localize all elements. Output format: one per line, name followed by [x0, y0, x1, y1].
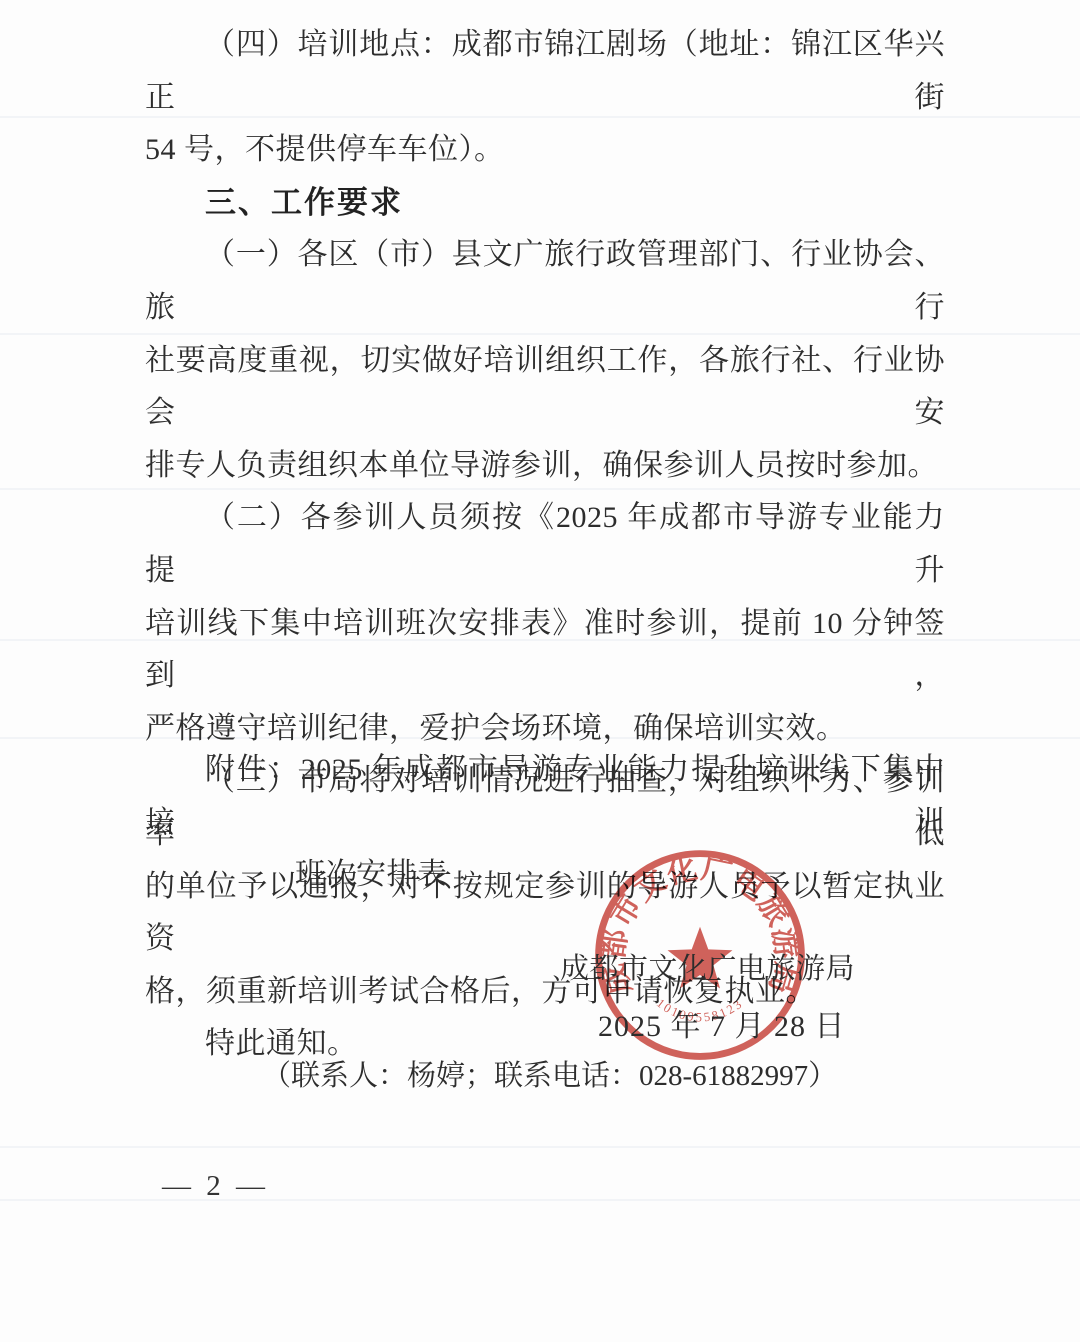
body-line: （二）各参训人员须按《2025 年成都市导游专业能力提升 — [145, 492, 945, 597]
body-text: （四）培训地点：成都市锦江剧场（地址：锦江区华兴正街 54 号，不提供停车车位）… — [145, 19, 945, 1071]
body-line: （一）各区（市）县文广旅行政管理部门、行业协会、旅行 — [145, 229, 945, 334]
section-heading: 三、工作要求 — [145, 177, 945, 230]
signature-contact: （联系人：杨婷；联系电话：028-61882997） — [262, 1053, 837, 1094]
body-line: 排专人负责组织本单位导游参训，确保参训人员按时参加。 — [145, 440, 945, 493]
body-line: 培训线下集中培训班次安排表》准时参训，提前 10 分钟签到， — [145, 598, 945, 703]
scan-artifact-line — [0, 1146, 1080, 1148]
body-line: （四）培训地点：成都市锦江剧场（地址：锦江区华兴正街 — [145, 19, 945, 124]
document-page: （四）培训地点：成都市锦江剧场（地址：锦江区华兴正街 54 号，不提供停车车位）… — [0, 0, 1080, 1342]
attachment-block: 附件：2025 年成都市导游专业能力提升培训线下集中培训 班次安排表 — [145, 744, 945, 902]
signature-date: 2025 年 7 月 28 日 — [598, 1001, 846, 1045]
body-line: 社要高度重视，切实做好培训组织工作，各旅行社、行业协会安 — [145, 335, 945, 440]
signature-organization: 成都市文化广电旅游局 — [560, 946, 855, 987]
page-number: — 2 — — [162, 1170, 269, 1203]
attachment-line-2: 班次安排表 — [145, 849, 945, 902]
attachment-line-1: 附件：2025 年成都市导游专业能力提升培训线下集中培训 — [145, 744, 945, 849]
body-line: 54 号，不提供停车车位）。 — [145, 124, 945, 177]
